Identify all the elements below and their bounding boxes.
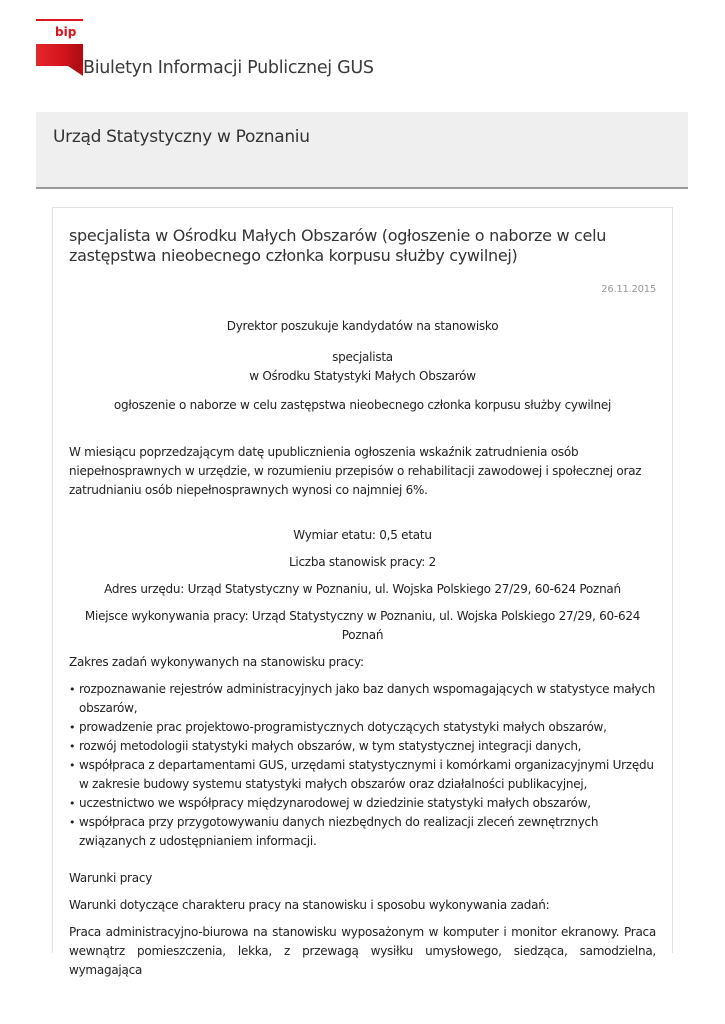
work-time: Wymiar etatu: 0,5 etatu: [69, 526, 656, 545]
conditions-heading: Warunki pracy: [69, 869, 656, 888]
list-item: uczestnictwo we współpracy międzynarodow…: [79, 794, 656, 813]
conditions-subheading: Warunki dotyczące charakteru pracy na st…: [69, 896, 656, 915]
bip-logo[interactable]: bip: [36, 19, 84, 77]
publication-date: 26.11.2015: [69, 280, 656, 299]
article-content: specjalista w Ośrodku Małych Obszarów (o…: [69, 226, 656, 980]
duties-list: rozpoznawanie rejestrów administracyjnyc…: [69, 680, 656, 851]
site-title[interactable]: Biuletyn Informacji Publicznej GUS: [83, 58, 374, 78]
position-unit: w Ośrodku Statystyki Małych Obszarów: [69, 367, 656, 386]
logo-flag-icon: [36, 44, 83, 66]
work-place: Miejsce wykonywania pracy: Urząd Statyst…: [69, 607, 656, 645]
logo-tail-icon: [68, 66, 83, 76]
intro-text: Dyrektor poszukuje kandydatów na stanowi…: [69, 317, 656, 336]
article-title: specjalista w Ośrodku Małych Obszarów (o…: [69, 226, 656, 266]
article-card: specjalista w Ośrodku Małych Obszarów (o…: [52, 207, 673, 953]
office-header: Urząd Statystyczny w Poznaniu: [36, 112, 688, 189]
list-item: rozpoznawanie rejestrów administracyjnyc…: [79, 680, 656, 718]
list-item: rozwój metodologii statystyki małych obs…: [79, 737, 656, 756]
positions-count: Liczba stanowisk pracy: 2: [69, 553, 656, 572]
announcement-type: ogłoszenie o naborze w celu zastępstwa n…: [69, 396, 656, 415]
conditions-text: Praca administracyjno-biurowa na stanowi…: [69, 923, 656, 980]
office-address: Adres urzędu: Urząd Statystyczny w Pozna…: [69, 580, 656, 599]
logo-text: bip: [55, 25, 76, 39]
list-item: współpraca z departamentami GUS, urzędam…: [79, 756, 656, 794]
duties-heading: Zakres zadań wykonywanych na stanowisku …: [69, 653, 656, 672]
list-item: współpraca przy przygotowywaniu danych n…: [79, 813, 656, 851]
position-name: specjalista: [69, 348, 656, 367]
list-item: prowadzenie prac projektowo-programistyc…: [79, 718, 656, 737]
disability-info: W miesiącu poprzedzającym datę upubliczn…: [69, 443, 656, 500]
office-name[interactable]: Urząd Statystyczny w Poznaniu: [53, 127, 310, 147]
logo-top-line: [36, 19, 83, 21]
